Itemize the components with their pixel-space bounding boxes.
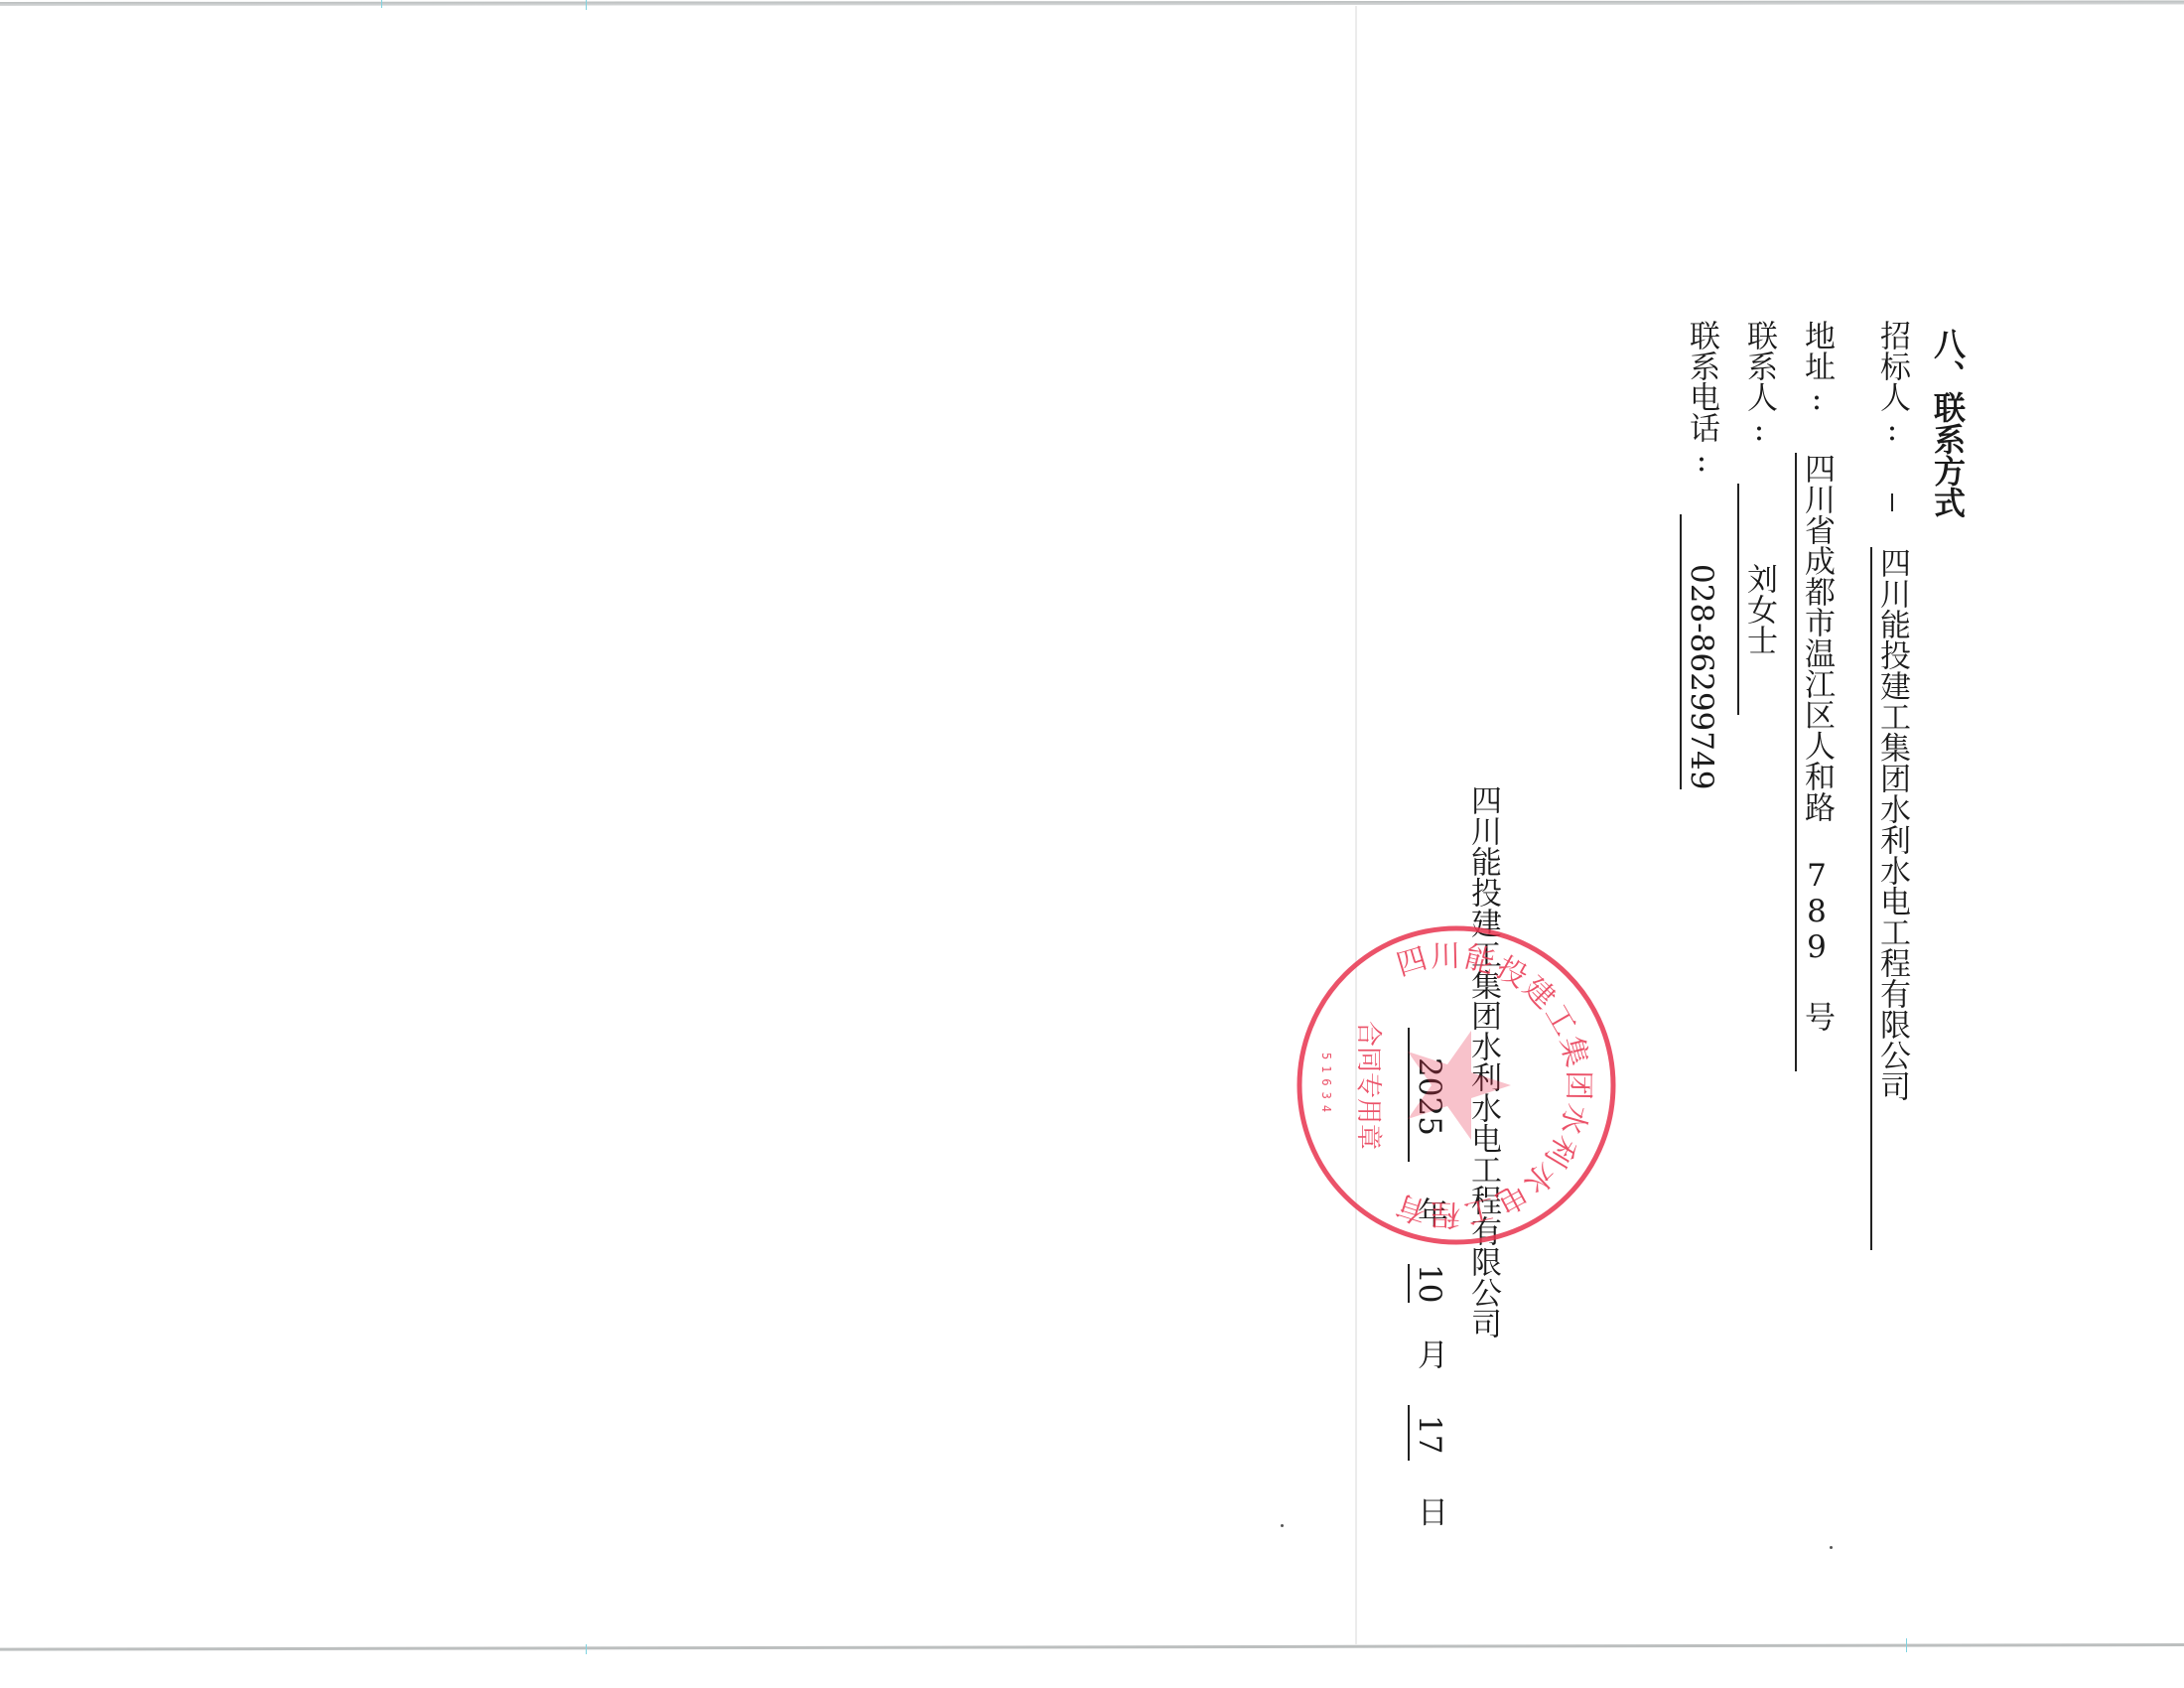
contact-person-value: 刘女士 <box>1737 484 1774 715</box>
date-month-value: 10 <box>1412 1264 1447 1303</box>
section-heading-text: 八、联系方式 <box>1929 328 1967 518</box>
date-day-value: 17 <box>1412 1415 1447 1454</box>
address-row: 地址: 四川省成都市温江区人和路 789 号 <box>1795 320 1832 1071</box>
date-year: 2025 <box>1408 1028 1444 1162</box>
date-month-unit: 月 <box>1412 1338 1447 1369</box>
phone-value: 028-86299749 <box>1680 514 1716 789</box>
contact-person-row: 联系人: 刘女士 <box>1737 320 1774 715</box>
date-day-unit: 日 <box>1412 1496 1447 1527</box>
stamp-serial-number: 51634 <box>1319 1053 1333 1118</box>
address-value: 四川省成都市温江区人和路 789 号 <box>1795 453 1832 1071</box>
contact-person-label: 联系人: <box>1741 320 1777 448</box>
tenderer-underline-lead <box>1891 493 1893 511</box>
stamp-outer-ring <box>1299 928 1613 1242</box>
date-month: 10 <box>1408 1264 1444 1303</box>
stamp-center-text: 合同专用章 <box>1353 1021 1383 1150</box>
signature-company-name: 四川能投建工集团水利水电工程有限公司 <box>1465 784 1501 1338</box>
phone-row: 联系电话: 028-86299749 <box>1680 320 1716 789</box>
tenderer-label: 招标人: <box>1874 320 1910 448</box>
tenderer-row: 招标人: 四川能投建工集团水利水电工程有限公司 <box>1870 320 1907 1250</box>
phone-number: 028-86299749 <box>1684 564 1719 789</box>
date-year-unit: 年 <box>1412 1197 1447 1228</box>
tenderer-value: 四川能投建工集团水利水电工程有限公司 <box>1870 547 1907 1250</box>
document-page: 八、联系方式 招标人: 四川能投建工集团水利水电工程有限公司 地址: 四川省成都… <box>0 0 2184 1688</box>
date-day: 17 <box>1408 1405 1444 1460</box>
signature-date: 2025 年 10 月 17 日 <box>1408 1028 1444 1527</box>
date-year-value: 2025 <box>1412 1057 1447 1136</box>
signature-company: 四川能投建工集团水利水电工程有限公司 <box>1467 784 1498 1338</box>
section-heading: 八、联系方式 <box>1932 328 1964 518</box>
phone-label: 联系电话: <box>1684 320 1719 479</box>
company-seal-stamp: 四川能投建工集团水利水电工程有限公司 合同专用章 51634 <box>1293 921 1620 1249</box>
address-label: 地址: <box>1799 320 1835 417</box>
